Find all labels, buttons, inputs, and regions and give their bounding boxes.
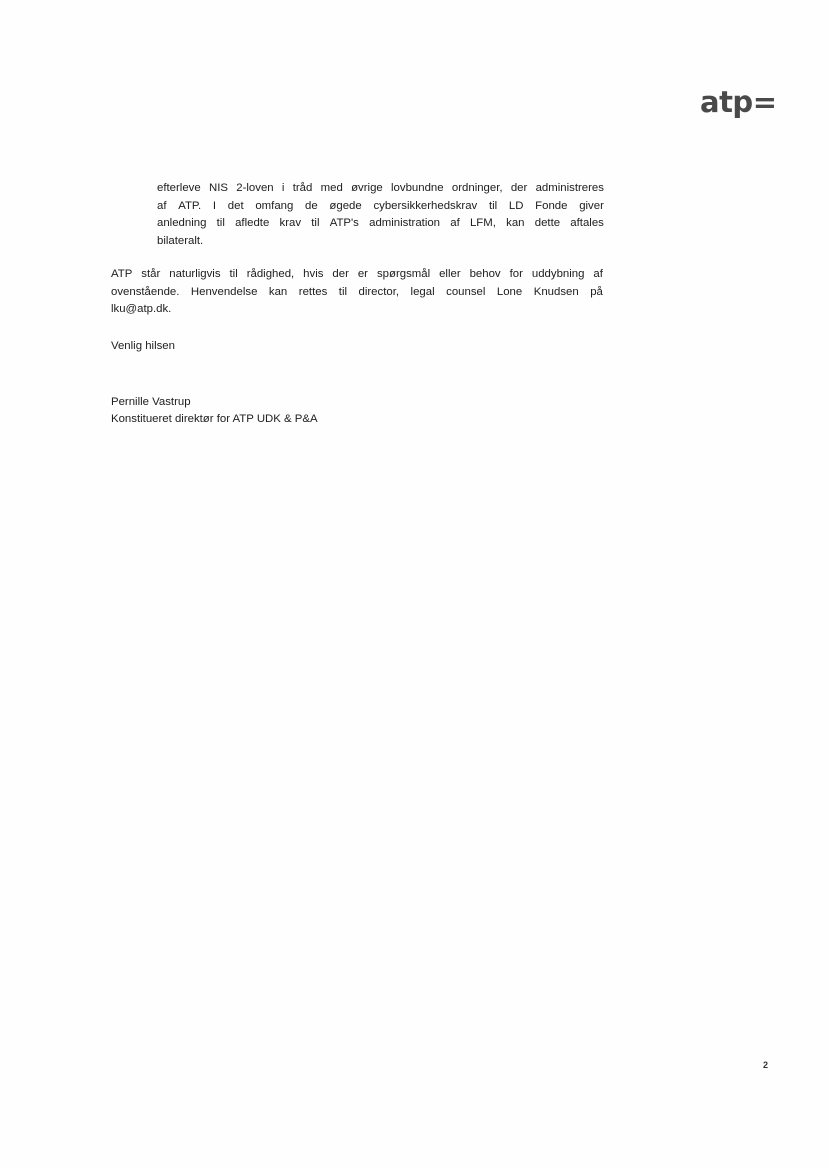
paragraph-line: ovenstående.Henvendelsekanrettestildirec… — [111, 284, 603, 302]
signer-name: Pernille Vastrup — [111, 394, 191, 412]
greeting: Venlig hilsen — [111, 338, 175, 356]
paragraph-line: afATP.Idetomfangdeøgedecybersikkerhedskr… — [157, 198, 604, 216]
contact-email: lku@atp.dk. — [111, 303, 171, 315]
paragraph-contact: ATPstårnaturligvistilrådighed,hvisderers… — [111, 266, 603, 319]
paragraph-line: anledningtilafledtekravtilATP'sadministr… — [157, 215, 604, 233]
paragraph-line: bilateralt. — [157, 233, 604, 251]
page-number: 2 — [763, 1060, 768, 1070]
paragraph-line: ATPstårnaturligvistilrådighed,hvisderers… — [111, 266, 603, 284]
paragraph-line: efterleveNIS2-lovenitrådmedøvrigelovbund… — [157, 180, 604, 198]
document-page: atp= efterleveNIS2-lovenitrådmedøvrigelo… — [0, 0, 828, 1169]
signer-title: Konstitueret direktør for ATP UDK & P&A — [111, 411, 318, 429]
paragraph-line: lku@atp.dk. — [111, 301, 603, 319]
paragraph-nis2-compliance: efterleveNIS2-lovenitrådmedøvrigelovbund… — [157, 180, 604, 250]
atp-logo: atp= — [700, 88, 777, 117]
